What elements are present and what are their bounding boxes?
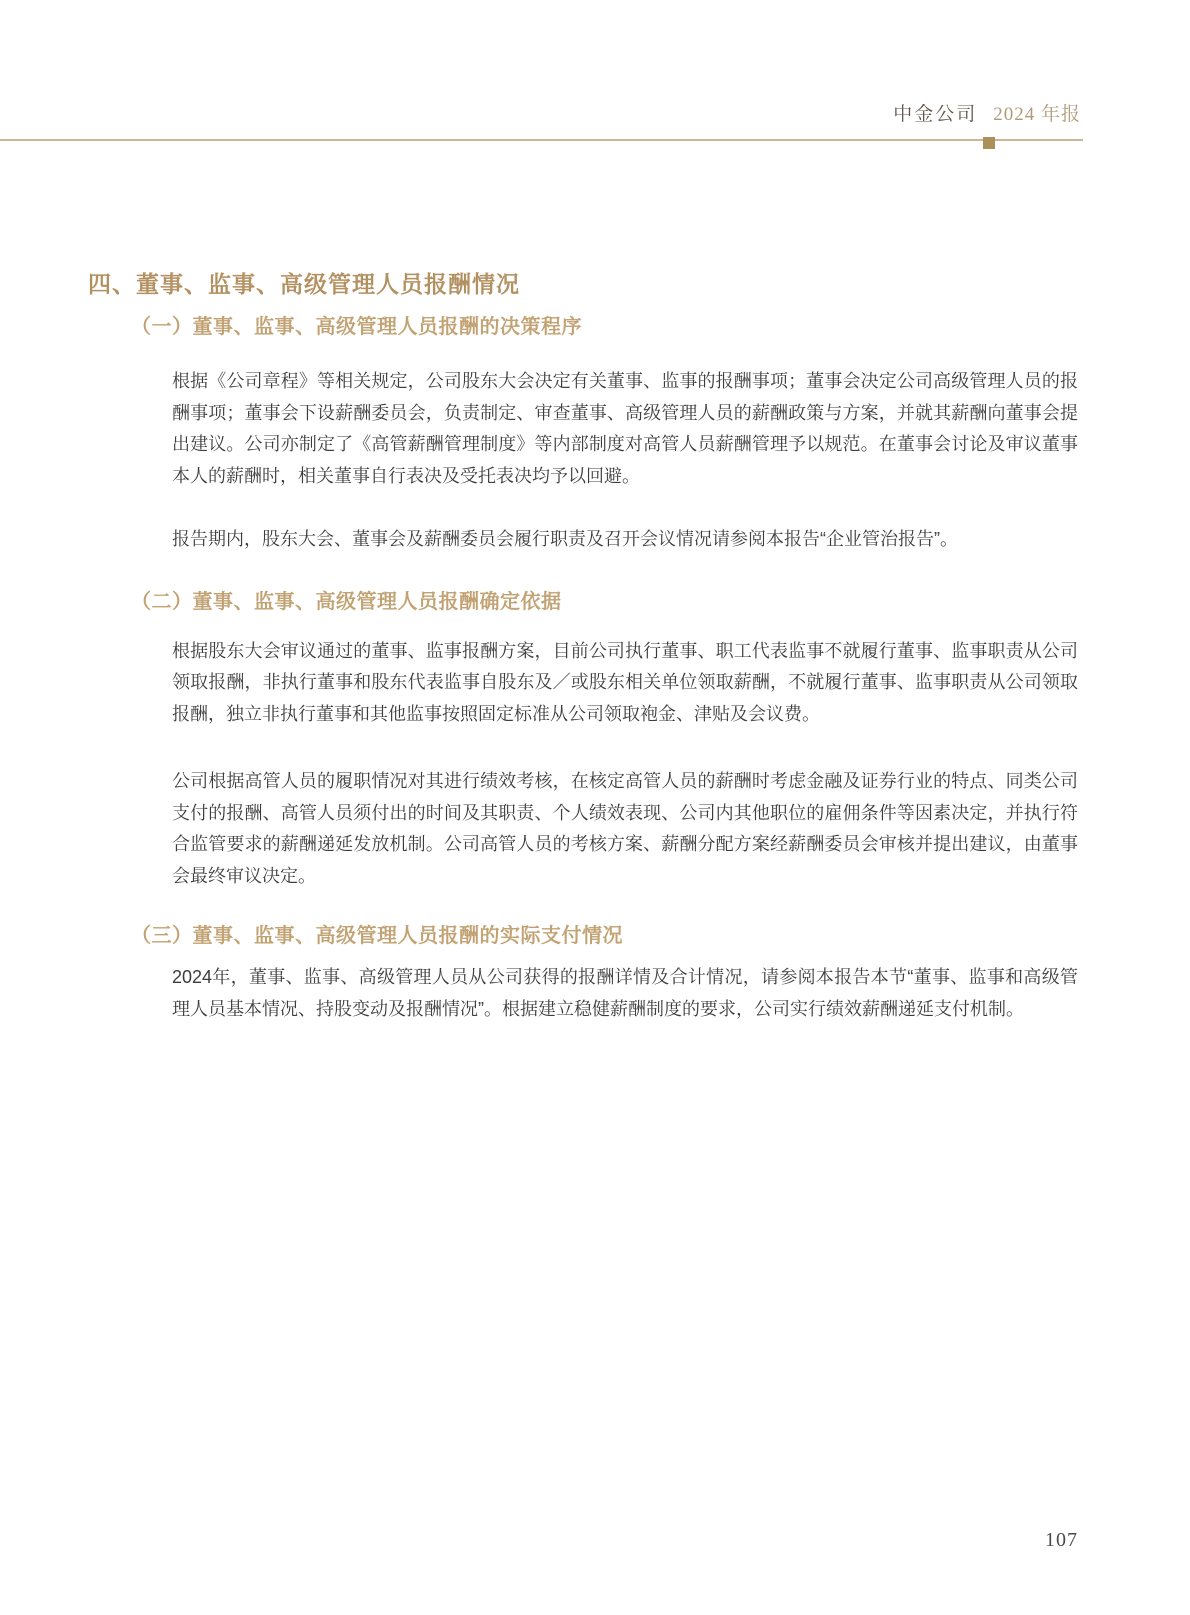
header-rule <box>0 139 1083 141</box>
paragraph: 根据股东大会审议通过的董事、监事报酬方案，目前公司执行董事、职工代表监事不就履行… <box>88 636 1078 731</box>
paragraph: 报告期内，股东大会、董事会及薪酬委员会履行职责及召开会议情况请参阅本报告“企业管… <box>88 524 1078 556</box>
report-edition: 2024 年报 <box>993 104 1081 125</box>
page-header: 中金公司2024 年报 <box>893 104 1081 126</box>
subsection-heading-1: （一）董事、监事、高级管理人员报酬的决策程序 <box>88 317 1078 338</box>
document-body: 四、董事、监事、高级管理人员报酬情况 （一）董事、监事、高级管理人员报酬的决策程… <box>88 272 1078 1025</box>
subsection-heading-3: （三）董事、监事、高级管理人员报酬的实际支付情况 <box>88 926 1078 947</box>
page-number: 107 <box>1045 1529 1078 1552</box>
header-rule-marker <box>983 137 995 149</box>
section-title: 四、董事、监事、高级管理人员报酬情况 <box>88 272 1078 296</box>
paragraph: 2024年，董事、监事、高级管理人员从公司获得的报酬详情及合计情况，请参阅本报告… <box>88 962 1078 1025</box>
subsection-heading-2: （二）董事、监事、高级管理人员报酬确定依据 <box>88 592 1078 613</box>
annual-report-page: 中金公司2024 年报 四、董事、监事、高级管理人员报酬情况 （一）董事、监事、… <box>0 0 1190 1615</box>
paragraph: 根据《公司章程》等相关规定，公司股东大会决定有关董事、监事的报酬事项；董事会决定… <box>88 366 1078 492</box>
company-name: 中金公司 <box>893 104 977 125</box>
paragraph: 公司根据高管人员的履职情况对其进行绩效考核，在核定高管人员的薪酬时考虑金融及证券… <box>88 766 1078 892</box>
